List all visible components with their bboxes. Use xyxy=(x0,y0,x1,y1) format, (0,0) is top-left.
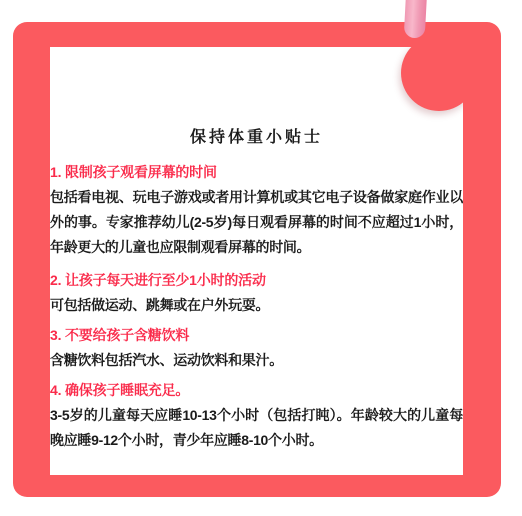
tips-poster: 保持体重小贴士 1. 限制孩子观看屏幕的时间 包括看电视、玩电子游戏或者用计算机… xyxy=(0,0,522,516)
tip-body: 包括看电视、玩电子游戏或者用计算机或其它电子设备做家庭作业以外的事。专家推荐幼儿… xyxy=(50,185,463,260)
hanging-ribbon-decoration xyxy=(404,0,428,39)
tip-body: 含糖饮料包括汽水、运动饮料和果汁。 xyxy=(50,348,463,373)
tip-section-1: 1. 限制孩子观看屏幕的时间 包括看电视、玩电子游戏或者用计算机或其它电子设备做… xyxy=(50,162,463,260)
tip-heading: 4. 确保孩子睡眠充足。 xyxy=(50,380,463,400)
tip-section-3: 3. 不要给孩子含糖饮料 含糖饮料包括汽水、运动饮料和果汁。 xyxy=(50,325,463,373)
tip-heading: 2. 让孩子每天进行至少1小时的活动 xyxy=(50,270,463,290)
tip-body: 3-5岁的儿童每天应睡10-13个小时（包括打盹）。年龄较大的儿童每晚应睡9-1… xyxy=(50,403,463,453)
tip-body: 可包括做运动、跳舞或在户外玩耍。 xyxy=(50,293,463,318)
tips-card: 保持体重小贴士 1. 限制孩子观看屏幕的时间 包括看电视、玩电子游戏或者用计算机… xyxy=(50,47,463,475)
tip-heading: 1. 限制孩子观看屏幕的时间 xyxy=(50,162,463,182)
tip-heading: 3. 不要给孩子含糖饮料 xyxy=(50,325,463,345)
tip-section-4: 4. 确保孩子睡眠充足。 3-5岁的儿童每天应睡10-13个小时（包括打盹）。年… xyxy=(50,380,463,453)
corner-circle-decoration xyxy=(401,35,477,111)
card-title: 保持体重小贴士 xyxy=(50,127,463,149)
tip-section-2: 2. 让孩子每天进行至少1小时的活动 可包括做运动、跳舞或在户外玩耍。 xyxy=(50,270,463,318)
